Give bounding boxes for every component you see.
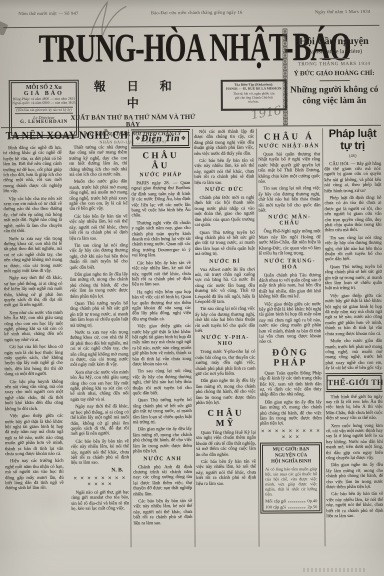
body-paragraph: Dân gian nghe tin ấy đều lấy làm mừng rỡ…: [326, 462, 383, 489]
body-paragraph: Quan Thủ tướng tuyên bố rằng chánh phủ s…: [133, 397, 192, 424]
ornament-left-icon: ❖: [135, 135, 140, 142]
law-article-headline: Pháp luật tự trị: [324, 128, 381, 152]
microfilm-label: [303, 568, 367, 572]
body-paragraph: Quan Thủ tướng tuyên bố rằng chánh phủ s…: [325, 264, 382, 291]
ad-price-value: 2p.50: [307, 504, 317, 509]
news-manchuria: Ông Phổ-Nghi ngày mồng một Mars này lên …: [259, 229, 321, 256]
body-paragraph: Ngày nay thời thế đã khác, sự học phổ th…: [70, 404, 129, 437]
section-manchuria: NƯỚC MÃN-CHÂU: [259, 215, 321, 227]
pen-squiggle: [84, 0, 132, 38]
news-china: Quân chánh phủ Tàu đương đánh nhau to vớ…: [259, 272, 321, 345]
prayer-subtitle: (Apostolat de la Prière): [288, 49, 381, 56]
body-paragraph: PARIS ngày 28. — Quan ngoại giao thượng …: [131, 180, 190, 218]
body-paragraph: Bình đẳng các nghề đã lựa, tư chẳng khác…: [3, 145, 62, 194]
article-column-1: Bình đẳng các nghề đã lựa, tư chẳng khác…: [3, 145, 64, 544]
issue-number: Năm thứ mười một — Số 947: [18, 11, 78, 16]
separator-row: ✕ ✕ ✕ ✕ ✕ ✕ ✕ ✕ ✕ ✕ ✕ ✕: [260, 428, 322, 440]
news-germany: Chánh phủ Đức mới ra nghị định bắt các h…: [194, 195, 254, 257]
news-england: Chánh phủ Anh đã định chương trình tài c…: [133, 464, 192, 526]
body-paragraph: Dân gian nghe tin ấy đều lấy làm mừng rỡ…: [196, 378, 256, 405]
telegraph-column-2: Nội các mới thành lập đã được dân chúng …: [194, 129, 257, 548]
body-paragraph: Quân chánh phủ Tàu đương đánh nhau to vớ…: [259, 272, 321, 299]
dot-leader: [288, 504, 306, 508]
telegram-title: Điện Tin: [141, 134, 180, 144]
section-spain: NƯỚC Y-PHA-NHO: [195, 335, 255, 347]
body-paragraph: Dân gian nghe tin ấy đều lấy làm mừng rỡ…: [133, 426, 192, 453]
body-paragraph: Chánh phủ Đức mới ra nghị định bắt các h…: [194, 195, 254, 228]
body-paragraph: Thiết tưởng các nhà đương đạo cũng nên m…: [69, 144, 128, 177]
news-belgium: Vua Albert nước Bỉ lên chơi núi, rủi trư…: [195, 266, 255, 333]
world-chronicle-box: THẾ-GIỚI THỜI-ĐÀM: [327, 374, 382, 389]
law-column: Pháp luật tự trị (46) CÂU HỎI. — Bây giờ…: [324, 128, 384, 547]
body-paragraph: Ông Phổ-Nghi ngày mồng một Mars này lên …: [259, 229, 321, 256]
body-paragraph: Các báo bên ấy bàn tán về việc này nhiều…: [132, 260, 191, 287]
article-text: Thiết tưởng các nhà đương đạo cũng nên m…: [69, 144, 129, 465]
body-paragraph: Tình hình thế giới ba ngày nay rất là rố…: [326, 393, 383, 420]
section-england: NƯỚC ANH: [133, 456, 192, 462]
body-paragraph: Hạ nghị viện hôm qua họp bàn về việc cải…: [132, 289, 191, 322]
prayer-intention: Những người không có công việc làm ăn: [288, 84, 381, 107]
telegram-box: ❖ Điện Tin ❖: [132, 131, 189, 146]
body-paragraph: Quan Toàn quyền Đông Pháp sắp đi kinh lý…: [260, 370, 322, 397]
prayer-month: TRONG THÁNG MARS 1934: [288, 62, 381, 68]
article-columns: Bình đẳng các nghề đã lựa, tư chẳng khác…: [3, 144, 129, 544]
body-paragraph: Các báo bên ấy bàn tán về việc này nhiều…: [69, 213, 128, 240]
body-paragraph: Nước ta xưa nay vẫn trọng đường khoa cử,…: [4, 235, 63, 273]
body-paragraph: Quan Thủ tướng tuyên bố rằng chánh phủ s…: [195, 229, 255, 256]
news-continued: Nội các mới thành lập đã được dân chúng …: [194, 129, 254, 185]
divider: [319, 58, 349, 59]
telegraph-column-1: ❖ Điện Tin ❖ CHÂU ÂU NƯỚC PHÁP PARIS ngà…: [131, 129, 193, 548]
body-paragraph: Chánh phủ Anh đã định chương trình tài c…: [133, 464, 192, 497]
article-column-2: Thiết tưởng các nhà đương đạo cũng nên m…: [69, 144, 130, 543]
law-article-text: CÂU HỎI. — Bây giờ hẵng đặt thể giam cứu…: [324, 160, 382, 370]
law-installment-number: (46): [324, 153, 381, 158]
newspaper-sheet: Năm thứ mười một — Số 947 Bảo-Đại cửu ni…: [0, 0, 384, 576]
body-paragraph: CÂU HỎI. — Bây giờ hẵng đặt thể giam cứu…: [324, 160, 381, 193]
ad-title-line2: HỘI NGHĨA BINH: [265, 459, 317, 465]
body-paragraph: Muốn cho nước giàu dân mạnh, trước hết p…: [69, 179, 128, 212]
section-china: NƯỚC TRUNG-HOA: [259, 258, 321, 270]
newspaper-page: Năm thứ mười một — Số 947 Bảo-Đại cửu ni…: [0, 0, 384, 576]
director-name: G. LEMEURDAIN: [12, 119, 76, 124]
body-paragraph: Phép luật đã định rằng: hễ chưa có án tò…: [324, 195, 381, 233]
body-paragraph: Các báo bên ấy bàn tán về việc này nhiều…: [326, 491, 383, 518]
body-paragraph: Xem như các nước văn minh bên Âu Mỹ, con…: [4, 310, 63, 343]
dot-leader: [289, 498, 306, 502]
dateline: Năm thứ mười một — Số 947 Bảo-Đại cửu ni…: [18, 9, 370, 16]
body-paragraph: Các báo bên ấy bàn tán về việc này nhiều…: [133, 498, 192, 525]
body-paragraph: Việc giao thiệp giữa các nước bây giờ th…: [259, 301, 321, 345]
news-spain: Trong nước Y-pha-nho lại có cuộc bãi côn…: [195, 349, 255, 405]
prayer-title: Hội Cầu nguyện: [287, 36, 380, 48]
body-paragraph: Quan Tổng thống Huê Kỳ lại xin nghị viện…: [196, 430, 256, 457]
body-paragraph: Quan Thủ tướng tuyên bố rằng chánh phủ s…: [70, 300, 129, 327]
section-europe: CHÂU ÂU: [131, 150, 190, 170]
body-paragraph: Xem như các nước văn minh bên Âu Mỹ, con…: [70, 369, 129, 402]
gregorian-date: Ngày thứ năm 1 Mars 1934: [315, 9, 370, 14]
mailing-note: Ngài nào có gửi thư, gửi bạc cùng gửi ma…: [71, 489, 130, 511]
body-paragraph: Các báo bên ấy bàn tán về việc này nhiều…: [196, 459, 256, 486]
body-paragraph: Việc giao thiệp giữa các nước bây giờ th…: [325, 293, 382, 337]
news-indochina: Quan Toàn quyền Đông Pháp sắp đi kinh lý…: [260, 370, 322, 426]
ad-price-row: 100 cặp gói 2p.50: [265, 504, 317, 509]
section-japan: NƯỚC NHẬT-BẢN: [258, 143, 320, 149]
ad-body: Ai có lòng hảo tâm muốn giúp hội, xin mu…: [265, 467, 317, 497]
body-paragraph: Thượng nghị viện đã chuẩn y ngân sách nă…: [132, 220, 191, 258]
body-paragraph: Tin sau cùng lại nói rằng việc ấy hãy cò…: [195, 306, 255, 333]
body-paragraph: Tin sau cùng lại nói rằng việc ấy hãy cò…: [325, 235, 382, 262]
news-france: PARIS ngày 28. — Quan ngoại giao thượng …: [131, 180, 192, 454]
body-paragraph: Vậy các bậc cha mẹ nên xét xem con em mì…: [3, 195, 62, 233]
price-note: (Tiền báo xin gửi trước kỳ nào trả kỳ ấy…: [15, 106, 73, 113]
body-paragraph: Cái hại của lối học khoa cử ngày xưa là …: [4, 344, 63, 377]
body-paragraph: Quan hải quân thượng thư Nhật tuyên bố ở…: [258, 151, 320, 184]
body-paragraph: Dân gian nghe tin ấy đều lấy làm mừng rỡ…: [69, 271, 128, 298]
masthead: TRUNG-HÒA NHẬT-BÁO: [4, 28, 284, 70]
chinese-title: 報 日 和 中: [69, 77, 197, 112]
body-paragraph: Nước ta xưa nay vẫn trọng đường khoa cử,…: [70, 329, 129, 367]
ornament-right-icon: ❖: [181, 135, 186, 142]
section-indochina: ĐÔNG PHÁP: [259, 348, 321, 368]
section-america: CHÂU MỸ: [196, 408, 256, 428]
price-row: Ngoại-quốc: cả năm 6$00 — nửa năm 3$25: [12, 101, 76, 106]
telegraph-column-3: CHÂU Á NƯỚC NHẬT-BẢN Quan hải quân thượn…: [258, 128, 323, 547]
body-paragraph: Việc giao thiệp giữa các nước bây giờ th…: [132, 323, 191, 367]
article-headline: TA NÊN XOAY NGHỀ CHO CON EM.: [6, 129, 125, 145]
article-main: TA NÊN XOAY NGHỀ CHO CON EM. Bình đẳng c…: [3, 129, 130, 549]
news-america: Quan Tổng thống Huê Kỳ lại xin nghị viện…: [196, 430, 256, 486]
body-paragraph: Nội các mới thành lập đã được dân chúng …: [194, 129, 254, 156]
body-paragraph: Hiện nay các trường bách nghệ mỗi năm th…: [5, 458, 64, 491]
body-paragraph: Tin sau cùng lại nói rằng việc ấy hãy cò…: [258, 186, 320, 213]
ad-title-line1: MỤC GIỚI: BẠN NGUYỆN CỦA: [265, 447, 317, 459]
prayer-box: Hội Cầu nguyện (Apostolat de la Prière) …: [287, 36, 380, 107]
ad-price-label: 100 cặp gói: [265, 504, 286, 509]
ad-price-value: 0p.40: [307, 498, 317, 503]
section-germany: NƯỚC ĐỨC: [194, 187, 254, 193]
section-asia: CHÂU Á: [258, 131, 320, 141]
charity-ad-box: MỤC GIỚI: BẠN NGUYỆN CỦA HỘI NGHĨA BINH …: [260, 442, 322, 513]
news-japan: Quan hải quân thượng thư Nhật tuyên bố ở…: [258, 151, 320, 213]
divider: [319, 80, 349, 81]
body-paragraph: Vua Albert nước Bỉ lên chơi núi, rủi trư…: [195, 266, 255, 304]
body-paragraph: Muốn cho nước giàu dân mạnh, trước hết p…: [325, 338, 382, 371]
separator-row: ✕ ✕ ✕ ✕ ✕ ✕ ✕ ✕ ✕ ✕ ✕ ✕: [71, 475, 130, 487]
ad-price-row: Mỗi cặp gói 0p.40: [265, 498, 317, 503]
body-paragraph: Xem cuộc hưng vong kim cổ, cái vận một n…: [326, 422, 383, 460]
article-signature: N. B.: [71, 467, 130, 473]
body-paragraph: Tin sau cùng lại nói rằng việc ấy hãy cò…: [69, 242, 128, 269]
ad-price-label: Mỗi cặp gói: [265, 498, 286, 503]
body-paragraph: Việc giao thiệp giữa các nước bây giờ th…: [5, 413, 64, 457]
lunar-date: Bảo-Đại cửu niên chánh tháng giêng ngày …: [151, 10, 243, 16]
body-paragraph: Ngày nay thời thế đã khác, sự học phổ th…: [4, 275, 63, 308]
section-belgium: NƯỚC BỈ: [195, 258, 255, 264]
prayer-pope-line: Ý ĐỨC GIÁO HOÀNG CHỈ:: [288, 69, 381, 77]
world-chronicle-text: Tình hình thế giới ba ngày nay rất là rố…: [326, 393, 384, 518]
body-paragraph: Trong nước Y-pha-nho lại có cuộc bãi côn…: [195, 349, 255, 376]
body-paragraph: Các báo bên ấy bàn tán về việc này nhiều…: [194, 158, 254, 185]
body-paragraph: Các bậc phụ huynh không nên nài vàng vẫn…: [5, 378, 64, 411]
section-france: NƯỚC PHÁP: [131, 172, 190, 178]
body-paragraph: Tin sau cùng lại nói rằng việc ấy hãy cò…: [132, 368, 191, 395]
body-paragraph: Dân gian nghe tin ấy đều lấy làm mừng rỡ…: [260, 399, 322, 426]
body-paragraph: Các báo bên ấy bàn tán về việc này nhiều…: [70, 438, 129, 465]
